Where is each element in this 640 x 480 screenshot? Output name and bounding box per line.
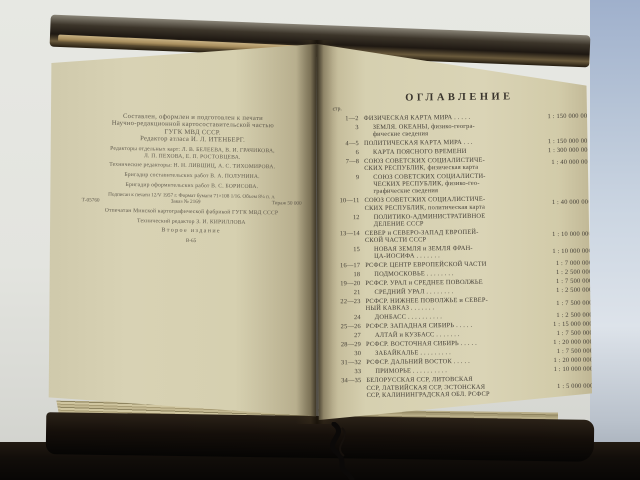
colophon-line: В-65: [75, 237, 307, 247]
entry-title: ПОЛИТИКО-АДМИНИСТРАТИВНОЕ ДЕЛЕНИЕ СССР: [365, 212, 523, 228]
entry-scale: 1 : 40 000 000: [527, 159, 591, 167]
entry-scale: 1 : 150 000 000: [527, 137, 591, 145]
entry-title: ПОЛИТИЧЕСКАЯ КАРТА МИРА . . .: [364, 138, 522, 147]
entry-pages: 12: [330, 214, 360, 229]
left-page: Составлен, оформлен и подготовлен к печа…: [46, 44, 316, 424]
entry-title: ФИЗИЧЕСКАЯ КАРТА МИРА . . . . .: [364, 113, 522, 122]
entry-title: РСФСР. ДАЛЬНИЙ ВОСТОК . . . . .: [366, 358, 524, 367]
entry-title: КАРТА ПОЯСНОГО ВРЕМЕНИ: [364, 147, 522, 156]
toc-entry: 15НОВАЯ ЗЕМЛЯ и ЗЕМЛЯ ФРАН- ЦА-ИОСИФА . …: [330, 244, 592, 261]
entry-pages: 18: [330, 271, 360, 279]
entry-title: НОВАЯ ЗЕМЛЯ и ЗЕМЛЯ ФРАН- ЦА-ИОСИФА . . …: [365, 244, 523, 260]
entry-scale: 1 : 2 500 000: [528, 287, 592, 295]
entry-scale: [527, 128, 591, 129]
entry-pages: 25—26: [331, 323, 361, 331]
entry-title: АЛТАЙ и КУЗБАСС . . . . . . .: [366, 331, 524, 340]
entry-pages: 7—8: [329, 158, 359, 173]
imprint-col: Т-05760: [82, 197, 100, 203]
entry-pages: 34—35: [331, 377, 361, 399]
toc-entry: 10—11СОЮЗ СОВЕТСКИХ СОЦИАЛИСТИЧЕ- СКИХ Р…: [329, 195, 591, 212]
entry-title: РСФСР. ВОСТОЧНАЯ СИБИРЬ . . . . .: [366, 340, 524, 349]
entry-title: РСФСР. ЗАПАДНАЯ СИБИРЬ . . . . .: [366, 322, 524, 331]
entry-pages: 16—17: [330, 262, 360, 270]
entry-pages: 10—11: [329, 197, 359, 212]
entry-title: ЗЕМЛЯ. ОКЕАНЫ, физико-геогра- фические с…: [364, 122, 522, 138]
colophon-line: Бригадир составительских работ В. А. ПОЛ…: [76, 172, 308, 182]
entry-title: ПОДМОСКОВЬЕ . . . . . . . .: [365, 269, 523, 278]
entry-title: СРЕДНИЙ УРАЛ . . . . . . . .: [365, 287, 523, 296]
colophon-line: Технические редакторы: Н. Н. ЛИВШИЦ, А. …: [76, 162, 308, 172]
entry-title: БЕЛОРУССКАЯ ССР, ЛИТОВСКАЯ ССР, ЛАТВИЙСК…: [366, 376, 524, 399]
entry-pages: 6: [329, 149, 359, 157]
entry-title: РСФСР. ЦЕНТР ЕВРОПЕЙСКОЙ ЧАСТИ: [365, 260, 523, 269]
entry-pages: 4—5: [329, 140, 359, 148]
table-of-contents: ОГЛАВЛЕНИЕ стр. 1—2ФИЗИЧЕСКАЯ КАРТА МИРА…: [328, 91, 593, 401]
entry-scale: 1 : 300 000 000: [527, 146, 591, 154]
toc-entry: 9СОЮЗ СОВЕТСКИХ СОЦИАЛИСТИ- ЧЕСКИХ РЕСПУ…: [329, 172, 591, 196]
entry-scale: 1 : 7 500 000: [529, 299, 593, 307]
entry-title: СОЮЗ СОВЕТСКИХ СОЦИАЛИСТИ- ЧЕСКИХ РЕСПУБ…: [364, 172, 522, 195]
entry-scale: 1 : 7 500 000: [529, 330, 593, 338]
bookmark-ribbon: [318, 422, 388, 480]
toc-entries: 1—2ФИЗИЧЕСКАЯ КАРТА МИРА . . . . .1 : 15…: [329, 112, 594, 399]
entry-title: ДОНБАСС . . . . . . . . . .: [366, 313, 524, 322]
entry-scale: 1 : 15 000 000: [529, 321, 593, 329]
entry-pages: 28—29: [331, 341, 361, 349]
photo-scene: Составлен, оформлен и подготовлен к печа…: [0, 0, 640, 480]
entry-title: ЗАБАЙКАЛЬЕ . . . . . . . . .: [366, 349, 524, 358]
entry-scale: 1 : 20 000 000: [529, 357, 593, 365]
entry-title: СОЮЗ СОВЕТСКИХ СОЦИАЛИСТИЧЕ- СКИХ РЕСПУБ…: [364, 196, 522, 212]
entry-scale: 1 : 10 000 000: [528, 231, 592, 239]
entry-pages: 13—14: [330, 230, 360, 245]
entry-scale: 1 : 7 000 000: [528, 260, 592, 268]
entry-pages: 9: [329, 174, 359, 196]
entry-scale: 1 : 7 500 000: [528, 278, 592, 286]
entry-pages: 3: [329, 124, 359, 139]
entry-pages: 27: [331, 332, 361, 340]
imprint-col: Заказ № 2169: [171, 199, 201, 205]
entry-scale: 1 : 5 000 000: [529, 382, 593, 390]
entry-scale: 1 : 2 500 000: [528, 269, 592, 277]
right-page: ОГЛАВЛЕНИЕ стр. 1—2ФИЗИЧЕСКАЯ КАРТА МИРА…: [316, 40, 592, 420]
entry-pages: 22—23: [331, 298, 361, 313]
entry-pages: 33: [331, 368, 361, 376]
colophon: Составлен, оформлен и подготовлен к печа…: [75, 112, 309, 246]
toc-entry: 34—35БЕЛОРУССКАЯ ССР, ЛИТОВСКАЯ ССР, ЛАТ…: [331, 375, 593, 399]
toc-entry: 13—14СЕВЕР и СЕВЕРО-ЗАПАД ЕВРОПЕЙ- СКОЙ …: [330, 227, 592, 244]
toc-entry: 22—23РСФСР. НИЖНЕЕ ПОВОЛЖЬЕ и СЕВЕР- НЫЙ…: [331, 296, 593, 313]
entry-scale: [528, 218, 592, 219]
toc-entry: 7—8СОЮЗ СОВЕТСКИХ СОЦИАЛИСТИЧЕ- СКИХ РЕС…: [329, 155, 591, 172]
entry-pages: 15: [330, 246, 360, 261]
entry-scale: 1 : 7 500 000: [529, 348, 593, 356]
page-column-header: стр.: [333, 104, 591, 113]
entry-title: СОЮЗ СОВЕТСКИХ СОЦИАЛИСТИЧЕ- СКИХ РЕСПУБ…: [364, 156, 522, 172]
entry-pages: 24: [331, 314, 361, 322]
entry-pages: 31—32: [331, 359, 361, 367]
entry-pages: 1—2: [329, 115, 359, 123]
entry-title: РСФСР. НИЖНЕЕ ПОВОЛЖЬЕ и СЕВЕР- НЫЙ КАВК…: [366, 296, 524, 312]
entry-scale: 1 : 150 000 000: [527, 112, 591, 120]
colophon-line: Отпечатан Минской картографической фабри…: [75, 207, 307, 217]
toc-entry: 12ПОЛИТИКО-АДМИНИСТРАТИВНОЕ ДЕЛЕНИЕ СССР: [330, 211, 592, 228]
entry-scale: 1 : 20 000 000: [529, 339, 593, 347]
entry-title: РСФСР. УРАЛ и СРЕДНЕЕ ПОВОЛЖЬЕ: [365, 278, 523, 287]
entry-pages: 30: [331, 350, 361, 358]
colophon-line: Второе издание: [75, 227, 307, 237]
entry-title: СЕВЕР и СЕВЕРО-ЗАПАД ЕВРОПЕЙ- СКОЙ ЧАСТИ…: [365, 228, 523, 244]
entry-pages: 21: [330, 289, 360, 297]
entry-title: ПРИМОРЬЕ . . . . . . . . . .: [366, 367, 524, 376]
colophon-line: Технический редактор З. И. КИРИЛЛОВА: [75, 217, 307, 227]
entry-scale: 1 : 2 500 000: [529, 312, 593, 320]
wall-blue-band: [590, 0, 640, 480]
entry-scale: 1 : 10 000 000: [528, 247, 592, 255]
entry-scale: 1 : 10 000 000: [529, 366, 593, 374]
entry-pages: 19—20: [330, 280, 360, 288]
toc-entry: 3ЗЕМЛЯ. ОКЕАНЫ, физико-геогра- фические …: [329, 121, 591, 138]
colophon-line: Бригадир оформительских работ В. С. БОРИ…: [76, 181, 308, 191]
entry-scale: 1 : 40 000 000: [528, 199, 592, 207]
entry-scale: [527, 182, 591, 183]
imprint-col: Тираж 50 000: [272, 200, 302, 206]
